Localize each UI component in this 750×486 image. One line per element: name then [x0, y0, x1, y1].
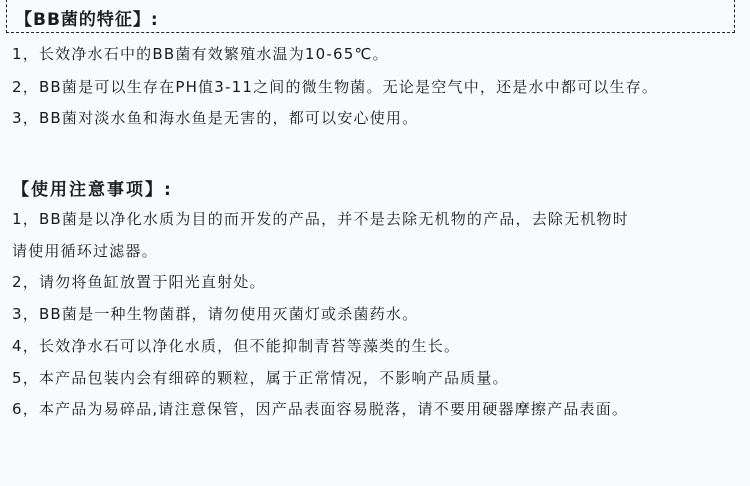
precaution-item-2: 2，请勿将鱼缸放置于阳光直射处。	[12, 271, 266, 292]
precaution-item-6: 6，本产品为易碎品,请注意保管，因产品表面容易脱落，请不要用硬器摩擦产品表面。	[12, 398, 628, 419]
precaution-item-1: 1，BB菌是以净化水质为目的而开发的产品，并不是去除无机物的产品，去除无机物时	[12, 208, 629, 229]
precaution-item-3: 3，BB菌是一种生物菌群，请勿使用灭菌灯或杀菌药水。	[12, 303, 418, 324]
precautions-title: 【使用注意事项】:	[12, 175, 173, 200]
feature-item-3: 3，BB菌对淡水鱼和海水鱼是无害的，都可以安心使用。	[12, 107, 418, 128]
precaution-item-1-cont: 请使用循环过滤器。	[12, 240, 158, 261]
precaution-item-5: 5，本产品包装内会有细碎的颗粒，属于正常情况，不影响产品质量。	[12, 367, 509, 388]
features-title: 【BB菌的特征】:	[15, 5, 159, 30]
feature-item-2: 2，BB菌是可以生存在PH值3-11之间的微生物菌。无论是空气中，还是水中都可以…	[12, 76, 658, 97]
feature-item-1: 1，长效净水石中的BB菌有效繁殖水温为10-65℃。	[12, 43, 389, 64]
precaution-item-4: 4，长效净水石可以净化水质，但不能抑制青苔等藻类的生长。	[12, 335, 460, 356]
features-title-box: 【BB菌的特征】:	[6, 0, 735, 33]
